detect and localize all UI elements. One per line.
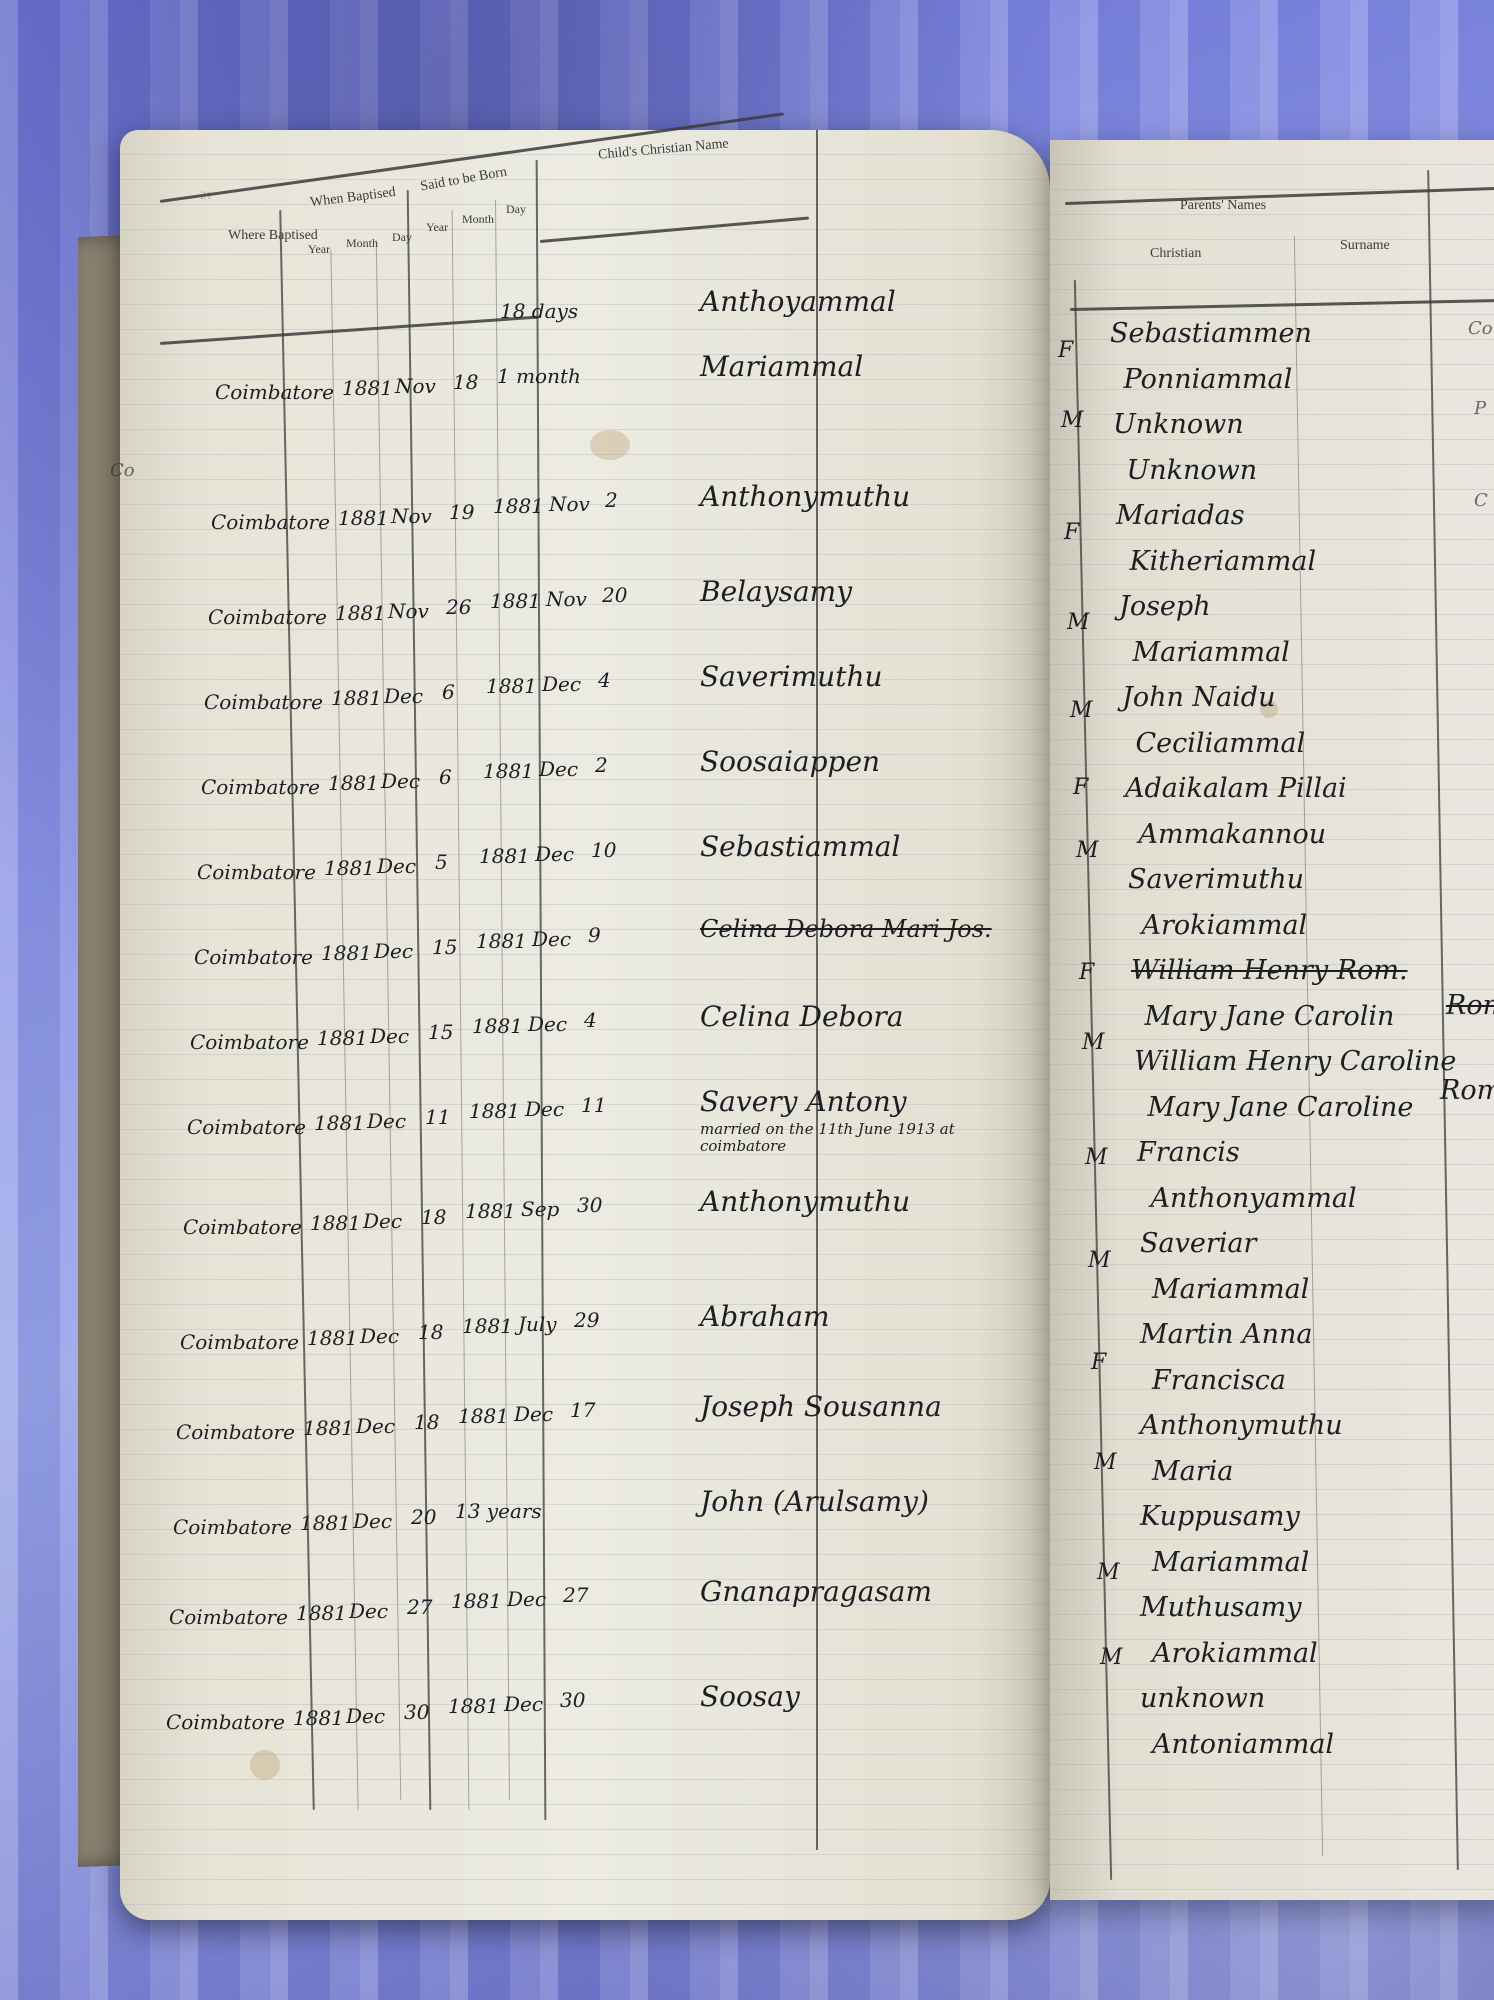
- sex-mark: M: [1094, 1450, 1117, 1475]
- entry-child-name: Belaysamy: [700, 575, 852, 608]
- entry-where-baptised: Coimbatore: [180, 1330, 299, 1354]
- entry-born-year: 1881: [465, 1199, 516, 1223]
- parent-christian-name: Ceciliammal: [1136, 728, 1306, 759]
- entry-born-month: Dec: [539, 757, 578, 781]
- parent-christian-name: Saverimuthu: [1128, 864, 1304, 895]
- entry-born-year: 1881: [462, 1314, 513, 1338]
- sex-mark: F: [1091, 1350, 1106, 1375]
- entry-bap-day: 26: [446, 595, 471, 619]
- entry-child-name: Joseph Sousanna: [700, 1390, 942, 1423]
- entry-where-baptised: Coimbatore: [201, 775, 320, 799]
- entry-bap-month: Dec: [374, 939, 413, 963]
- parent-christian-name: Mary Jane Caroline: [1148, 1092, 1414, 1123]
- entry-bap-day: 18: [414, 1410, 439, 1434]
- entry-born-day: 30: [560, 1688, 585, 1712]
- parent-christian-name: William Henry Caroline: [1134, 1046, 1456, 1077]
- entry-where-baptised: Coimbatore: [173, 1515, 292, 1539]
- entry-child-name: Anthoyammal: [700, 285, 896, 318]
- parent-christian-name: Unknown: [1127, 455, 1258, 486]
- entry-born-month: Sep: [521, 1197, 559, 1221]
- parent-christian-name: Mary Jane Carolin: [1145, 1001, 1395, 1032]
- parent-christian-name: Saveriar: [1140, 1228, 1256, 1259]
- header-born-month: Month: [462, 212, 494, 227]
- entry-bap-year: 1881: [335, 601, 386, 625]
- entry-born-year: 1881: [493, 494, 544, 518]
- sex-mark: M: [1097, 1560, 1120, 1585]
- entry-bap-day: 20: [411, 1505, 436, 1529]
- entry-born-month: Dec: [514, 1402, 553, 1426]
- parent-christian-name: Kuppusamy: [1140, 1501, 1300, 1532]
- entry-bap-day: 18: [453, 370, 478, 394]
- entry-bap-year: 1881: [342, 376, 393, 400]
- parent-christian-name: Sebastiammen: [1110, 318, 1312, 349]
- right-edge-fragment: P: [1474, 398, 1486, 419]
- entry-born-month: Nov: [549, 492, 590, 516]
- entry-born-year: 1881: [476, 929, 527, 953]
- entry-where-baptised: Coimbatore: [194, 945, 313, 969]
- parent-christian-name: Anthonyammal: [1151, 1183, 1357, 1214]
- entry-bap-year: 1881: [321, 941, 372, 965]
- entry-bap-month: Dec: [356, 1414, 395, 1438]
- entry-born-year: 1881: [479, 844, 530, 868]
- entry-born-year: 1881: [486, 674, 537, 698]
- sex-mark: F: [1073, 775, 1088, 800]
- entry-bap-year: 1881: [293, 1706, 344, 1730]
- header-where: Where Baptised: [228, 228, 318, 244]
- entry-where-baptised: Coimbatore: [197, 860, 316, 884]
- entry-where-baptised: Coimbatore: [169, 1605, 288, 1629]
- entry-born-year: 13 years: [455, 1499, 542, 1523]
- header-born-day: Day: [506, 202, 526, 217]
- right-edge-fragment: C: [1474, 490, 1488, 511]
- entry-bap-day: 6: [442, 680, 455, 704]
- entry-bap-year: 1881: [331, 686, 382, 710]
- entry-bap-year: 1881: [314, 1111, 365, 1135]
- entry-bap-day: 19: [449, 500, 474, 524]
- entry-bap-month: Nov: [391, 504, 432, 528]
- entry-bap-month: Nov: [388, 599, 429, 623]
- sex-mark: F: [1064, 520, 1079, 545]
- entry-where-baptised: Coimbatore: [176, 1420, 295, 1444]
- entry-bap-day: 5: [435, 850, 448, 874]
- entry-child-name: Savery Antony: [700, 1085, 907, 1118]
- header-bap-month: Month: [346, 236, 378, 251]
- entry-where-baptised: Coimbatore: [166, 1710, 285, 1734]
- entry-bap-month: Dec: [370, 1024, 409, 1048]
- entry-child-name: Abraham: [700, 1300, 830, 1333]
- entry-bap-year: 1881: [310, 1211, 361, 1235]
- entry-bap-month: Dec: [367, 1109, 406, 1133]
- sex-mark: F: [1058, 338, 1073, 363]
- parent-christian-name: Francis: [1137, 1137, 1240, 1168]
- entry-bap-day: 15: [428, 1020, 453, 1044]
- entry-where-baptised: Coimbatore: [208, 605, 327, 629]
- entry-born-month: Dec: [535, 842, 574, 866]
- entry-child-name: Anthonymuthu: [700, 480, 910, 513]
- entry-child-name: Gnanapragasam: [700, 1575, 932, 1608]
- parent-christian-name: Adaikalam Pillai: [1125, 773, 1347, 804]
- entry-bap-year: 1881: [317, 1026, 368, 1050]
- entry-born-year: 1881: [472, 1014, 523, 1038]
- entry-born-month: Dec: [525, 1097, 564, 1121]
- parent-christian-name: Muthusamy: [1140, 1592, 1301, 1623]
- entry-born-day: 9: [588, 923, 601, 947]
- parent-christian-name: William Henry Rom.: [1131, 955, 1408, 986]
- entry-bap-month: Nov: [395, 374, 436, 398]
- entry-bap-month: Dec: [349, 1599, 388, 1623]
- entry-child-name: Soosaiappen: [700, 745, 880, 778]
- entry-child-name: Celina Debora: [700, 1000, 903, 1033]
- header-parents-names: Parents' Names: [1180, 198, 1266, 214]
- entry-where-baptised: Coimbatore: [183, 1215, 302, 1239]
- entry-born-month: Dec: [542, 672, 581, 696]
- parent-christian-name: Anthonymuthu: [1140, 1410, 1343, 1441]
- entry-born-month: Dec: [532, 927, 571, 951]
- header-surname: Surname: [1340, 238, 1390, 254]
- entry-bap-month: Dec: [381, 769, 420, 793]
- entry-child-name: John (Arulsamy): [700, 1485, 929, 1518]
- parent-christian-name: Antoniammal: [1152, 1729, 1334, 1760]
- surname-fragment: Rom: [1446, 990, 1494, 1021]
- entry-bap-year: 1881: [338, 506, 389, 530]
- entry-child-name: Saverimuthu: [700, 660, 883, 693]
- header-christian: Christian: [1150, 246, 1201, 262]
- sex-mark: M: [1082, 1030, 1105, 1055]
- parent-christian-name: Ammakannou: [1139, 819, 1327, 850]
- sex-mark: M: [1100, 1645, 1123, 1670]
- parent-christian-name: John Naidu: [1122, 682, 1275, 713]
- entry-bap-day: 11: [425, 1105, 450, 1129]
- entry-born-year: 1881: [451, 1589, 502, 1613]
- entry-born-day: 17: [570, 1398, 595, 1422]
- sex-mark: F: [1079, 960, 1094, 985]
- parent-christian-name: Mariadas: [1116, 500, 1245, 531]
- entry-bap-day: 6: [439, 765, 452, 789]
- entry-born-day: 29: [574, 1308, 599, 1332]
- entry-where-baptised: Coimbatore: [187, 1115, 306, 1139]
- sex-mark: M: [1061, 408, 1084, 433]
- entry-born-day: 4: [598, 668, 611, 692]
- parent-christian-name: unknown: [1140, 1683, 1265, 1714]
- right-edge-fragment: Co: [1468, 318, 1493, 339]
- entry-bap-month: Dec: [377, 854, 416, 878]
- entry-child-name: Sebastiammal: [700, 830, 900, 863]
- entry-where-baptised: Coimbatore: [204, 690, 323, 714]
- entry-child-name: Celina Debora Mari Jos.: [700, 915, 992, 943]
- sex-mark: M: [1088, 1248, 1111, 1273]
- entry-born-month: Nov: [546, 587, 587, 611]
- entry-bap-year: 1881: [303, 1416, 354, 1440]
- entry-bap-day: 27: [407, 1595, 432, 1619]
- entry-bap-year: 1881: [296, 1601, 347, 1625]
- header-born-year: Year: [426, 220, 448, 235]
- entry-where-baptised: Coimbatore: [211, 510, 330, 534]
- entry-born-day: 2: [595, 753, 608, 777]
- entry-born-day: 27: [563, 1583, 588, 1607]
- entry-bap-year: 1881: [328, 771, 379, 795]
- surname-fragment: Roming: [1440, 1075, 1494, 1106]
- entry-bap-day: 30: [404, 1700, 429, 1724]
- entry-born-day: 30: [577, 1193, 602, 1217]
- entry-bap-year: 1881: [324, 856, 375, 880]
- entry-bap-month: Dec: [360, 1324, 399, 1348]
- entry-bap-year: 1881: [300, 1511, 351, 1535]
- entry-born-year: 1 month: [497, 364, 581, 388]
- entry-born-month: July: [518, 1312, 557, 1336]
- parent-christian-name: Mariammal: [1152, 1274, 1309, 1305]
- entry-bap-month: Dec: [363, 1209, 402, 1233]
- sex-mark: M: [1076, 838, 1099, 863]
- parent-christian-name: Francisca: [1152, 1365, 1286, 1396]
- parent-christian-name: Unknown: [1113, 409, 1244, 440]
- paper-stain: [250, 1750, 280, 1780]
- entry-where-baptised: Coimbatore: [190, 1030, 309, 1054]
- entry-bap-day: 15: [432, 935, 457, 959]
- entry-bap-month: Dec: [346, 1704, 385, 1728]
- entry-born-year: 1881: [483, 759, 534, 783]
- entry-born-day: 2: [605, 488, 618, 512]
- paper-stain: [590, 430, 630, 460]
- entry-where-baptised: Coimbatore: [215, 380, 334, 404]
- entry-born-year: 1881: [448, 1694, 499, 1718]
- parent-christian-name: Mariammal: [1133, 637, 1290, 668]
- entry-child-name: Soosay: [700, 1680, 800, 1713]
- entry-born-year: 18 days: [500, 299, 578, 323]
- entry-bap-day: 18: [418, 1320, 443, 1344]
- entry-child-name: Mariammal: [700, 350, 863, 383]
- sex-mark: M: [1070, 698, 1093, 723]
- parent-christian-name: Martin Anna: [1140, 1319, 1312, 1350]
- entry-born-year: 1881: [490, 589, 541, 613]
- sex-mark: M: [1085, 1145, 1108, 1170]
- entry-born-month: Dec: [528, 1012, 567, 1036]
- entry-annotation: married on the 11th June 1913 at coimbat…: [700, 1121, 1030, 1155]
- entry-child-name: Anthonymuthu: [700, 1185, 910, 1218]
- entry-born-day: 10: [591, 838, 616, 862]
- parent-christian-name: Ponniammal: [1124, 364, 1293, 395]
- entry-bap-month: Dec: [384, 684, 423, 708]
- sex-mark: M: [1067, 610, 1090, 635]
- entry-bap-year: 1881: [307, 1326, 358, 1350]
- header-bap-year: Year: [308, 242, 330, 257]
- parent-christian-name: Joseph: [1119, 591, 1211, 622]
- entry-bap-month: Dec: [353, 1509, 392, 1533]
- entry-born-year: 1881: [469, 1099, 520, 1123]
- entry-born-day: 20: [602, 583, 627, 607]
- parent-christian-name: Arokiammal: [1142, 910, 1308, 941]
- margin-fragment: Co: [110, 460, 135, 481]
- entry-bap-day: 18: [421, 1205, 446, 1229]
- entry-born-day: 11: [581, 1093, 606, 1117]
- parent-christian-name: Maria: [1152, 1456, 1233, 1487]
- entry-born-year: 1881: [458, 1404, 509, 1428]
- parent-christian-name: Kitheriammal: [1130, 546, 1317, 577]
- parent-christian-name: Mariammal: [1152, 1547, 1309, 1578]
- entry-born-day: 4: [584, 1008, 597, 1032]
- entry-born-month: Dec: [504, 1692, 543, 1716]
- entry-born-month: Dec: [507, 1587, 546, 1611]
- parent-christian-name: Arokiammal: [1152, 1638, 1318, 1669]
